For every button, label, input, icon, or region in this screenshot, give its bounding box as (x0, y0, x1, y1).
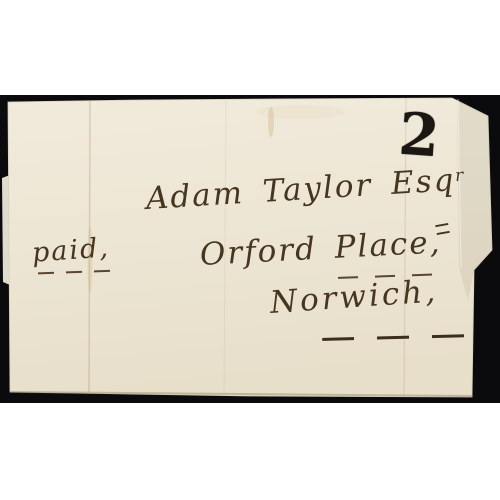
photo-frame: 2 paid, Adam Taylor Esqr Orford Place, N… (0, 0, 500, 500)
postal-rate-stamp: 2 (397, 105, 441, 166)
addressee-superscript: r (454, 165, 465, 186)
paper-stain (255, 105, 345, 119)
paid-annotation: paid, (31, 233, 111, 268)
right-fold-flap-shade (456, 98, 492, 300)
